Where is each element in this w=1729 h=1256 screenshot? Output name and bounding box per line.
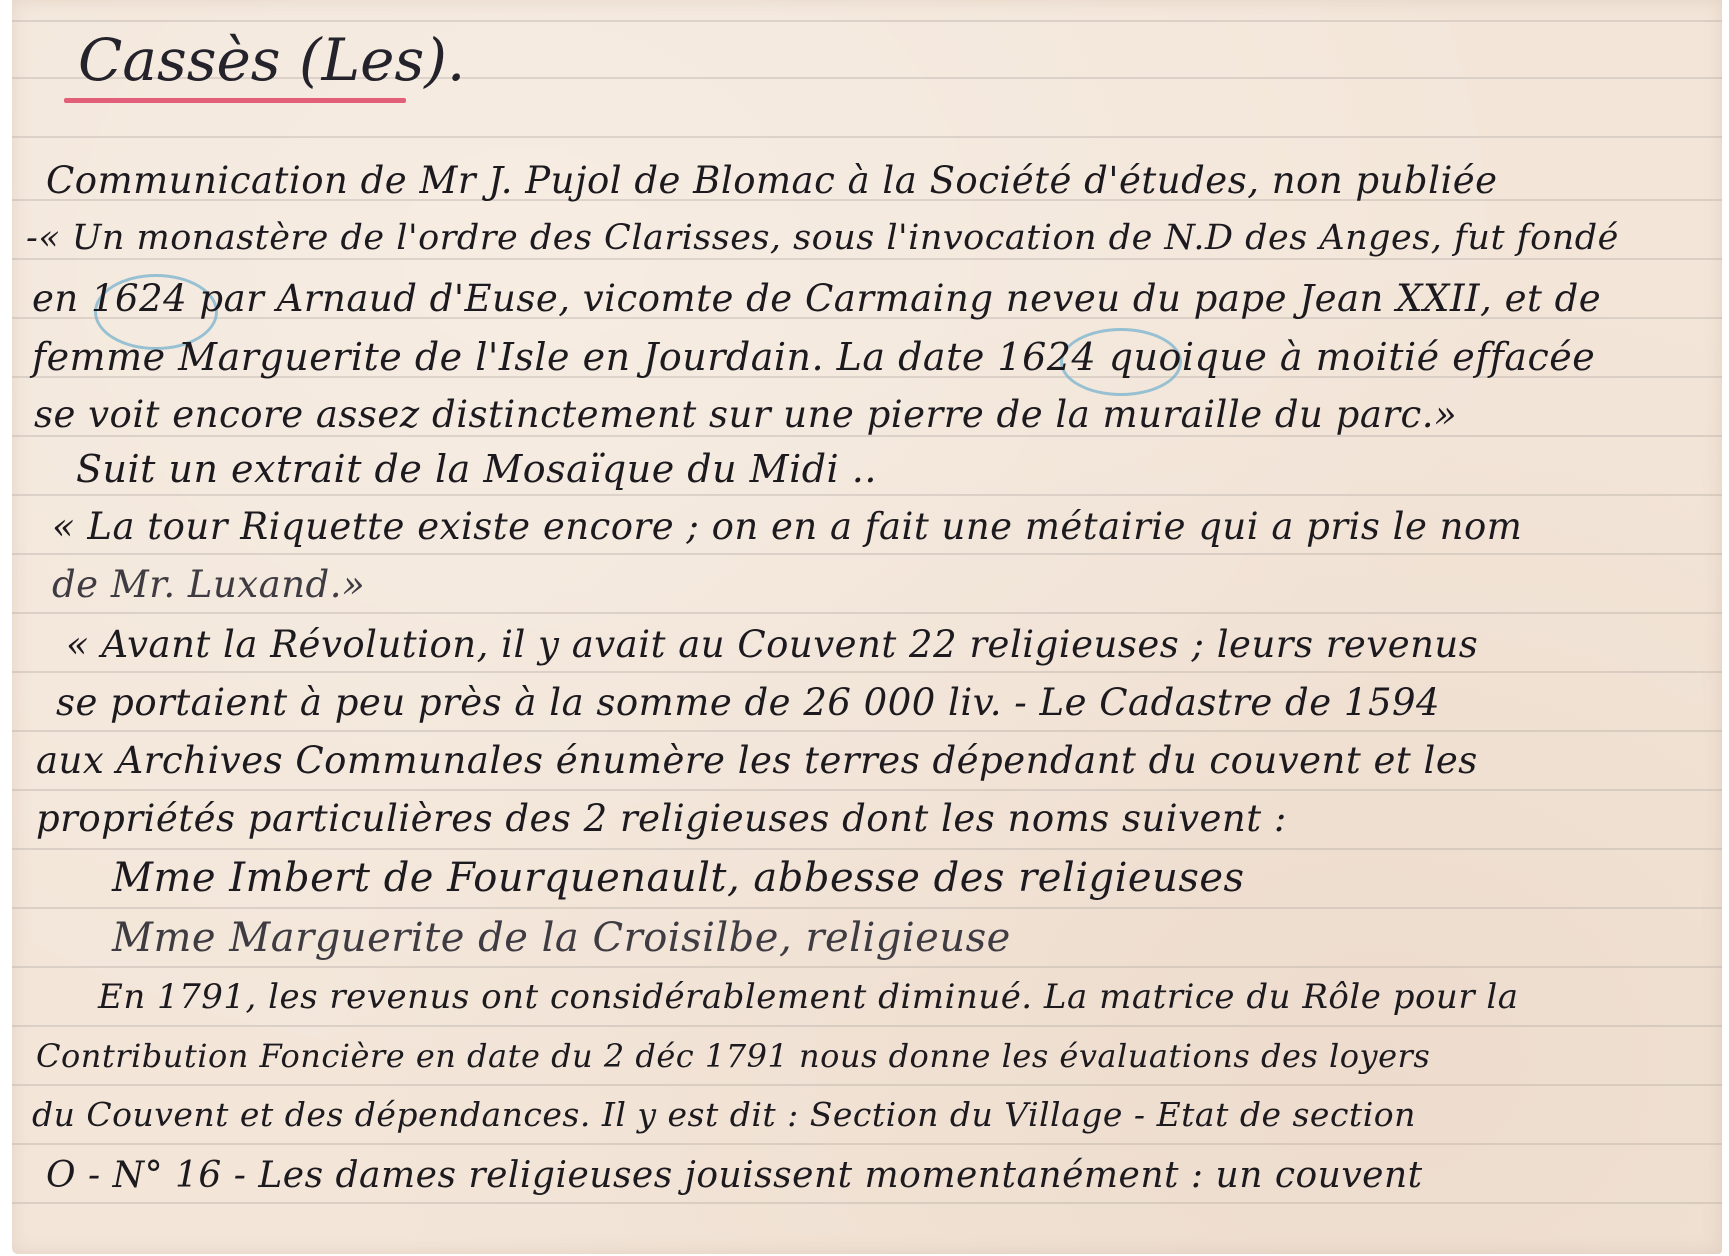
text-line: En 1791, les revenus ont considérablemen… — [98, 980, 1519, 1014]
ruled-line — [12, 671, 1722, 673]
text-line: du Couvent et des dépendances. Il y est … — [32, 1098, 1416, 1131]
text-line: -« Un monastère de l'ordre des Clarisses… — [26, 221, 1619, 256]
title-underline — [64, 98, 406, 103]
text-line: Mme Marguerite de la Croisilbe, religieu… — [112, 918, 1011, 958]
text-line: Contribution Foncière en date du 2 déc 1… — [36, 1040, 1430, 1072]
ruled-line — [12, 848, 1722, 850]
text-line: Communication de Mr J. Pujol de Blomac à… — [46, 162, 1498, 199]
ruled-line — [12, 258, 1722, 260]
ruled-line — [12, 789, 1722, 791]
text-line: se voit encore assez distinctement sur u… — [34, 396, 1457, 433]
text-line: de Mr. Luxand.» — [52, 566, 365, 603]
ruled-line — [12, 494, 1722, 496]
ruled-line — [12, 1084, 1722, 1086]
ruled-line — [12, 966, 1722, 968]
ruled-line — [12, 1025, 1722, 1027]
text-line: aux Archives Communales énumère les terr… — [36, 742, 1478, 779]
text-line: en 1624 par Arnaud d'Euse, vicomte de Ca… — [32, 280, 1601, 317]
text-line: « Avant la Révolution, il y avait au Cou… — [66, 626, 1478, 663]
text-line: Suit un extrait de la Mosaïque du Midi .… — [76, 450, 877, 488]
archival-index-card: Cassès (Les). Communication de Mr J. Puj… — [12, 0, 1722, 1254]
text-line: femme Marguerite de l'Isle en Jourdain. … — [32, 338, 1595, 376]
text-line: Mme Imbert de Fourquenault, abbesse des … — [112, 858, 1245, 898]
text-line: « La tour Riquette existe encore ; on en… — [52, 508, 1522, 545]
ruled-line — [12, 136, 1722, 138]
ruled-line — [12, 1202, 1722, 1204]
text-line: O - N° 16 - Les dames religieuses jouiss… — [46, 1158, 1423, 1194]
ruled-line — [12, 20, 1722, 22]
ruled-line — [12, 553, 1722, 555]
ruled-line — [12, 907, 1722, 909]
text-line: se portaient à peu près à la somme de 26… — [56, 684, 1440, 721]
ruled-line — [12, 612, 1722, 614]
text-line: propriétés particulières des 2 religieus… — [36, 800, 1287, 837]
ruled-line — [12, 730, 1722, 732]
card-title: Cassès (Les). — [78, 26, 465, 94]
ruled-line — [12, 1143, 1722, 1145]
